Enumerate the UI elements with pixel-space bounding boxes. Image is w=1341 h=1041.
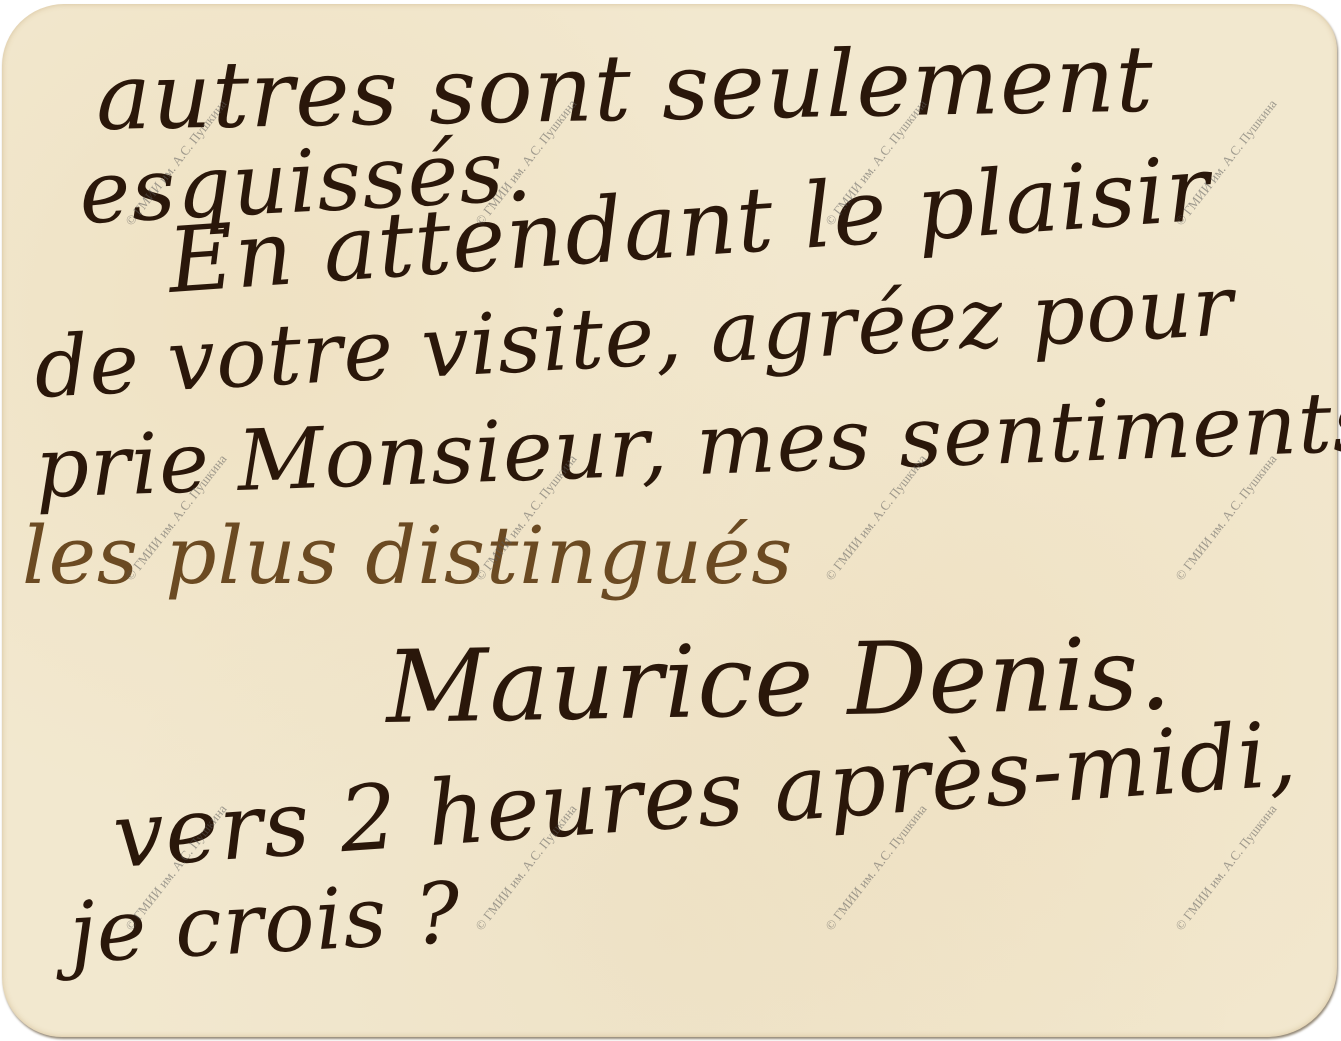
letter-card: autres sont seulement esquissés. En atte… [2,4,1337,1037]
letter-line-1: autres sont seulement [95,26,1154,151]
watermark: © ГМИИ им. А.С. Пушкина [1172,802,1280,934]
